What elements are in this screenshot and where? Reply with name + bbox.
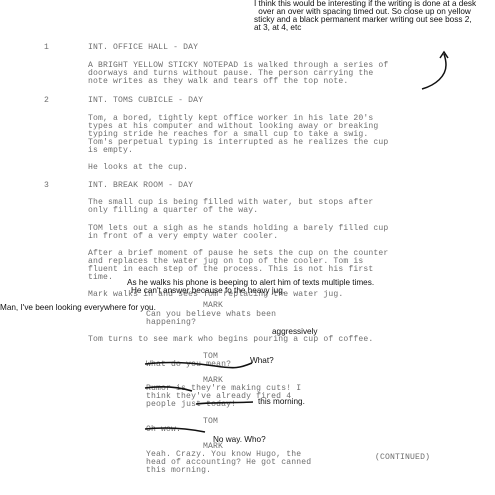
- strikethrough-what-do-you-mean: [145, 363, 252, 368]
- markup-overlay: [0, 0, 495, 495]
- strikethrough-just-today: [196, 402, 253, 404]
- strikethrough-rumor-is: [145, 387, 192, 391]
- strikethrough-oh-wow: [145, 428, 205, 432]
- arrow-icon: [422, 54, 446, 89]
